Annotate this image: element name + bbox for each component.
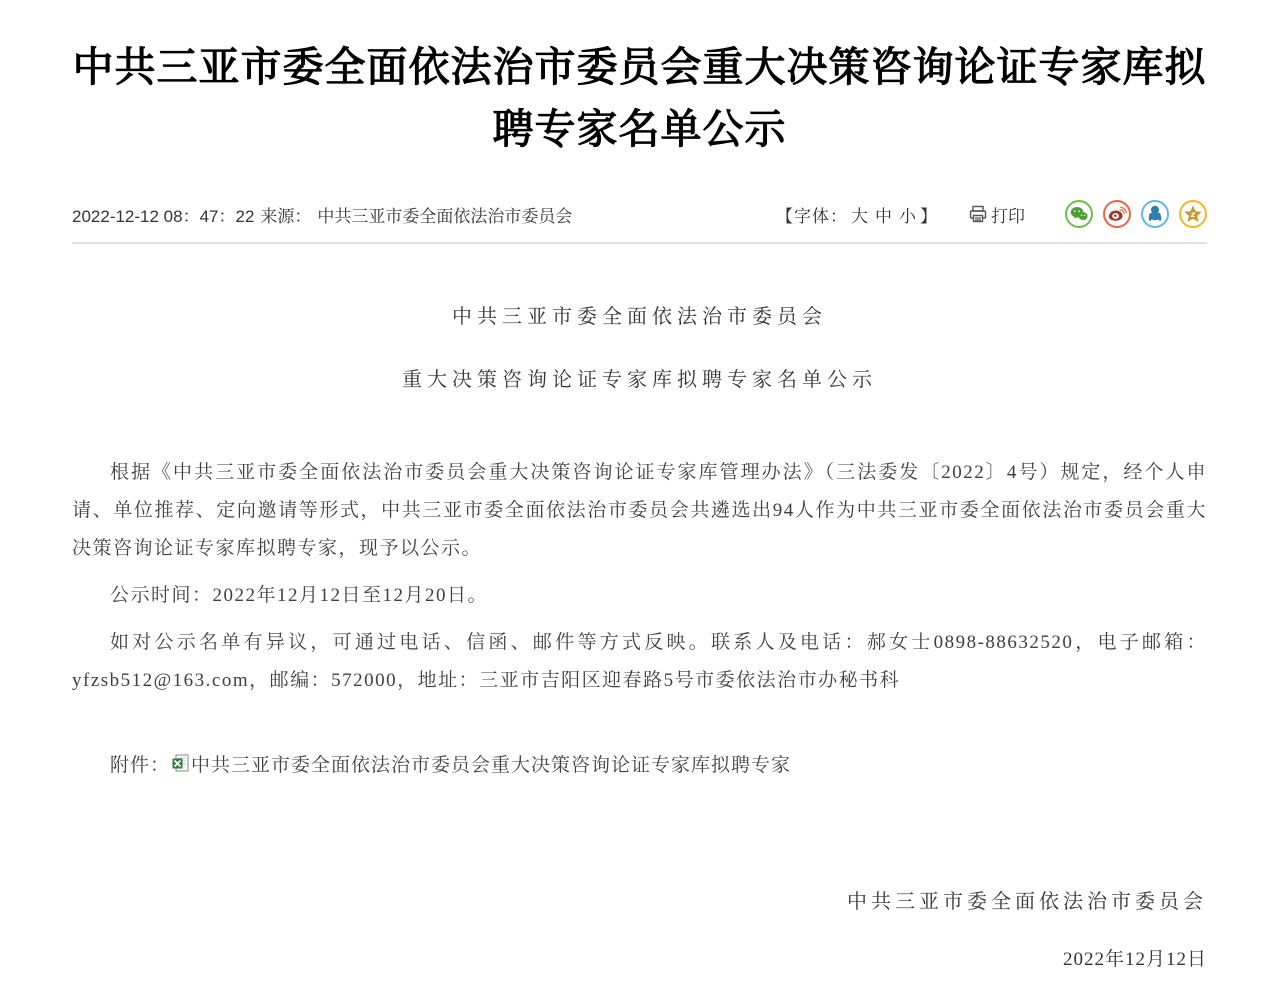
font-size-control: 【字体：大中小】 bbox=[776, 202, 938, 227]
print-button[interactable]: 打印 bbox=[968, 202, 1025, 227]
font-size-medium[interactable]: 中 bbox=[872, 207, 896, 226]
share-icon-group: z bbox=[1065, 200, 1207, 228]
article-page: 中共三亚市委全面依法治市委员会重大决策咨询论证专家库拟聘专家名单公示 2022-… bbox=[0, 36, 1279, 1001]
excel-file-icon bbox=[172, 754, 189, 773]
attachment-label: 附件： bbox=[110, 750, 170, 777]
meta-left: 2022-12-12 08：47：22 来源： 中共三亚市委全面依法治市委员会 bbox=[72, 202, 572, 227]
attachment-row: 附件： 中共三亚市委全面依法治市委员会重大决策咨询论证专家库拟聘专家 bbox=[72, 750, 1207, 777]
meta-bar: 2022-12-12 08：47：22 来源： 中共三亚市委全面依法治市委员会 … bbox=[72, 200, 1207, 244]
qq-share-icon[interactable] bbox=[1141, 200, 1169, 228]
printer-icon bbox=[968, 204, 988, 224]
signature-date: 2022年12月12日 bbox=[72, 944, 1207, 971]
paragraph-publicity-period: 公示时间：2022年12月12日至12月20日。 bbox=[72, 577, 1207, 615]
font-size-small[interactable]: 小 bbox=[896, 207, 920, 226]
weibo-share-icon[interactable] bbox=[1103, 200, 1131, 228]
meta-right: 【字体：大中小】 打印 bbox=[776, 200, 1207, 228]
print-label: 打印 bbox=[991, 202, 1025, 227]
svg-text:z: z bbox=[1190, 210, 1196, 219]
qzone-share-icon[interactable]: z bbox=[1179, 200, 1207, 228]
font-size-large[interactable]: 大 bbox=[848, 207, 872, 226]
font-ctrl-close: 】 bbox=[920, 207, 938, 226]
publish-datetime: 2022-12-12 08：47：22 bbox=[72, 202, 254, 227]
attachment-name: 中共三亚市委全面依法治市委员会重大决策咨询论证专家库拟聘专家 bbox=[191, 750, 791, 777]
paragraph-contact: 如对公示名单有异议，可通过电话、信函、邮件等方式反映。联系人及电话：郝女士089… bbox=[72, 624, 1207, 700]
document-body: 根据《中共三亚市委全面依法治市委员会重大决策咨询论证专家库管理办法》（三法委发〔… bbox=[72, 454, 1207, 700]
attachment-link[interactable]: 中共三亚市委全面依法治市委员会重大决策咨询论证专家库拟聘专家 bbox=[170, 750, 791, 777]
document-heading-line1: 中共三亚市委全面依法治市委员会 bbox=[72, 300, 1207, 329]
paragraph-basis: 根据《中共三亚市委全面依法治市委员会重大决策咨询论证专家库管理办法》（三法委发〔… bbox=[72, 454, 1207, 568]
font-ctrl-open: 【字体： bbox=[776, 207, 848, 226]
wechat-share-icon[interactable] bbox=[1065, 200, 1093, 228]
source-value: 中共三亚市委全面依法治市委员会 bbox=[317, 202, 572, 227]
page-title: 中共三亚市委全面依法治市委员会重大决策咨询论证专家库拟聘专家名单公示 bbox=[72, 36, 1207, 160]
document-heading-line2: 重大决策咨询论证专家库拟聘专家名单公示 bbox=[72, 363, 1207, 392]
signature-organization: 中共三亚市委全面依法治市委员会 bbox=[72, 885, 1207, 914]
source-label: 来源： bbox=[260, 202, 311, 227]
